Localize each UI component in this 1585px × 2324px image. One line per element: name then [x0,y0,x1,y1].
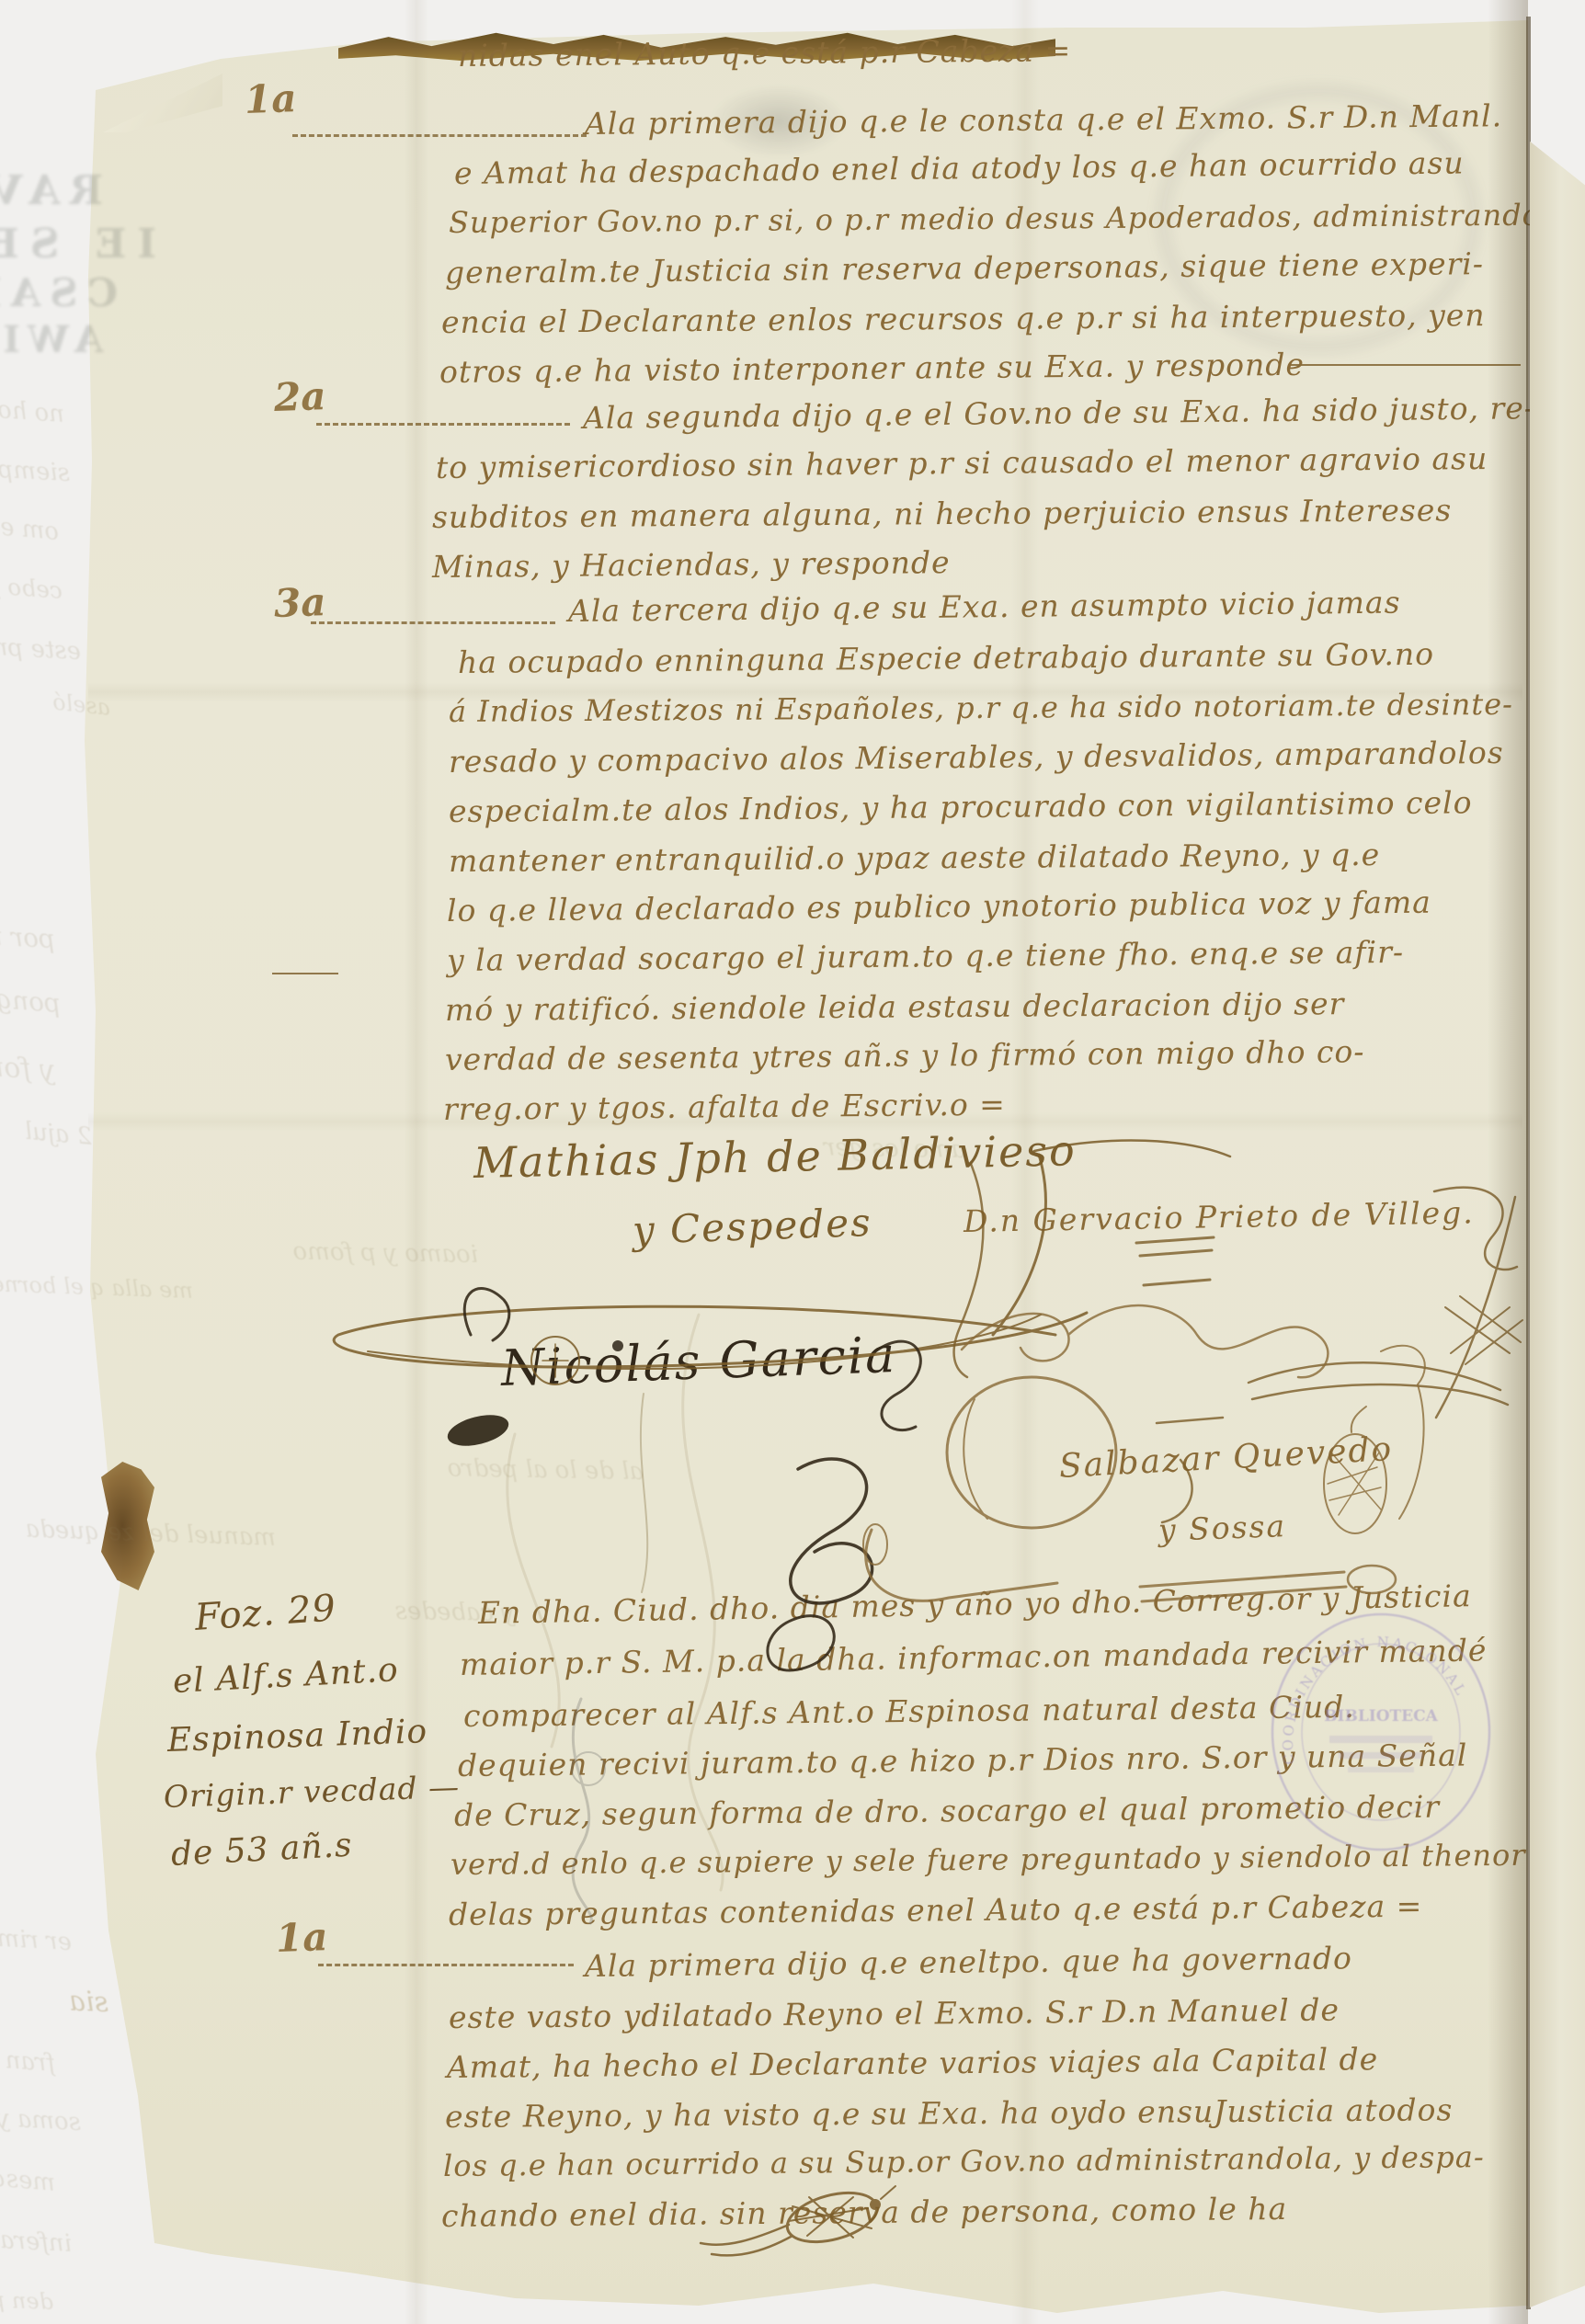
handwriting-line: resado y compacivo alos Miserables, y de… [449,737,1504,777]
ghost-bleedthrough-line: y fongor [0,1051,56,1085]
ghost-bleedthrough-line: aseló [51,690,111,718]
dash-leader [318,1964,574,1966]
question-marker: 1a [275,1918,328,1958]
ghost-bleedthrough-line: no hoveno [0,394,65,427]
handwriting-line: los q.e han ocurrido a su Sup.or Gov.no … [443,2142,1485,2181]
ghost-bleedthrough-line: den pregunt [0,2286,53,2313]
handwriting-line: nidas enel Auto q.e está p.r Cabeza = [458,35,1072,71]
ghost-bleedthrough-line: sia [69,1988,109,2017]
signature-line: D.n Gervacio Prieto de Villeg. [964,1197,1475,1236]
manuscript-scan: no hovenosiempre porom er bien mascebo y… [0,0,1585,2324]
signature-line: Mathias Jph de Baldivieso [473,1129,1078,1184]
handwriting-line: verdad de sesenta ytres añ.s y lo firmó … [445,1036,1365,1075]
handwriting-line: mantener entranquilid.o ypaz aeste dilat… [449,839,1380,876]
question-marker: 1a [244,79,297,120]
handwriting-line: á Indios Mestizos ni Españoles, p.r q.e … [449,689,1513,726]
handwriting-line: y la verdad socargo el juram.to q.e tien… [447,937,1404,975]
ghost-bleedthrough-line: er rima y quel [0,1921,73,1954]
ghost-bleedthrough-line: inferanda [0,2226,73,2256]
handwriting-line: este vasto ydilatado Reyno el Exmo. S.r … [449,1995,1340,2033]
handwriting-line: Amat, ha hecho el Declarante varios viaj… [447,2044,1378,2082]
handwriting-line: Ala primera dijo q.e eneltpo. que ha gov… [585,1942,1352,1981]
stamp-bleedthrough-line: AWI 1773 [0,322,103,359]
dash-leader [316,423,570,426]
handwriting-line: chando enel dia. sin reserva de persona,… [441,2193,1287,2231]
margin-note-line: de 53 añ.s [170,1829,353,1872]
signature-line: Nicolás Garcia [500,1330,897,1394]
stamp-bleedthrough-line: CSAFAB [0,274,118,313]
ghost-bleedthrough-line: me alla q el bornes [0,1272,193,1302]
signature-line: y Cespedes [632,1203,872,1250]
signature-line: y Sossa [1157,1510,1286,1545]
handwriting-line: ha ocupado enninguna Especie detrabajo d… [458,639,1434,678]
handwriting-line: subditos en manera alguna, ni hecho perj… [432,495,1452,532]
handwriting-line: Ala primera dijo q.e le consta q.e el Ex… [585,100,1502,139]
handwriting-line: Superior Gov.no p.r si, o p.r medio desu… [449,200,1541,237]
dash-leader [311,621,555,624]
ghost-bleedthrough-line: cebo y esperanza [0,565,63,602]
handwriting-line: delas preguntas contenidas enel Auto q.e… [449,1891,1423,1930]
gutter-shadow [1488,0,1528,2324]
ghost-bleedthrough-line: siempre por [0,454,71,485]
handwriting-line: rreg.or y tgos. afalta de Escriv.o = [443,1089,1006,1124]
adjacent-page [1530,120,1585,2307]
ink-rule [1291,364,1521,366]
stamp-bleedthrough-line: RAVOEVA [0,171,103,211]
handwriting-line: este Reyno, y ha visto q.e su Exa. ha oy… [445,2094,1454,2132]
handwriting-line: Ala tercera dijo q.e su Exa. en asumpto … [568,587,1401,626]
handwriting-line: especialm.te alos Indios, y ha procurado… [449,787,1473,826]
ghost-bleedthrough-line: om er bien mas [0,504,60,544]
margin-note-line: Foz. 29 [194,1589,337,1636]
ghost-bleedthrough-line: mesquie [0,2162,56,2195]
ghost-bleedthrough-line: soma y mi [0,2104,82,2135]
handwriting-line: mó y ratificó. siendole leida estasu dec… [445,988,1345,1025]
ink-rule [272,973,338,974]
stamp-bleedthrough-line: IE SE [0,224,156,265]
margin-note-line: Origin.r vecdad — [163,1771,460,1812]
dash-leader [292,134,587,137]
handwriting-line: verd.d enlo q.e supiere y sele fuere pre… [450,1840,1526,1879]
ghost-bleedthrough-line: manuel del ze queda [25,1517,276,1549]
question-marker: 2a [273,377,326,417]
handwriting-line: encia el Declarante enlos recursos q.e p… [441,300,1486,337]
margin-note-line: Espinosa Indio [166,1715,428,1758]
handwriting-line: comparecer al Alf.s Ant.o Espinosa natur… [463,1692,1355,1731]
handwriting-line: otros q.e ha visto interponer ante su Ex… [439,349,1305,387]
handwriting-line: Minas, y Haciendas, y responde [432,547,951,582]
ghost-bleedthrough-line: por ma fina [0,919,56,952]
ghost-bleedthrough-line: este pringal [0,632,82,664]
ghost-bleedthrough-line: pongemo ho [0,980,62,1017]
handwriting-line: to ymisericordioso sin haver p.r si caus… [436,443,1488,483]
handwriting-line: de Cruz, segun forma de dro. socargo el … [454,1792,1440,1830]
question-marker: 3a [273,583,326,623]
handwriting-line: Ala segunda dijo q.e el Gov.no de su Exa… [583,393,1535,433]
ghost-bleedthrough-line: fran mi quel [0,2042,56,2076]
handwriting-line: generalm.te Justicia sin reserva deperso… [445,248,1484,288]
handwriting-line: lo q.e lleva declarado es publico ynotor… [447,887,1431,926]
ghost-bleedthrough-line: al de lo al pedro [447,1456,644,1484]
ghost-bleedthrough-line: ioamo y p fomo [292,1239,478,1267]
ghost-bleedthrough-line: 2 ajul [24,1120,93,1149]
